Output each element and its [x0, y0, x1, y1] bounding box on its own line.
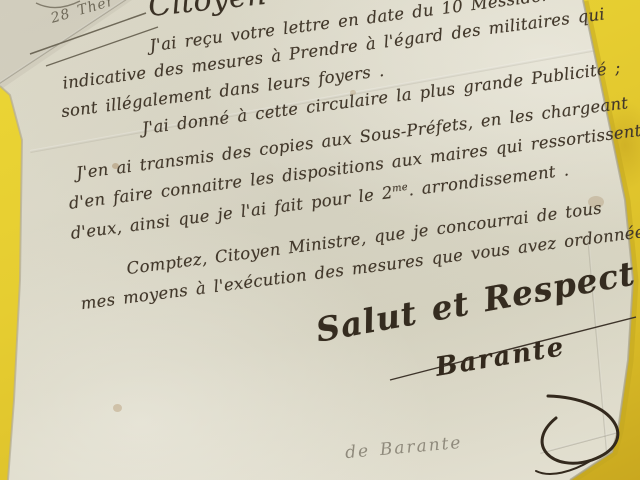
letter-photograph: 28 Ther Citoyen J'ai reçu votre lettre e…: [0, 0, 640, 480]
ordinal-superscript: me: [391, 182, 408, 195]
fold-crease: [540, 425, 640, 454]
foxing-spot: [113, 404, 122, 412]
